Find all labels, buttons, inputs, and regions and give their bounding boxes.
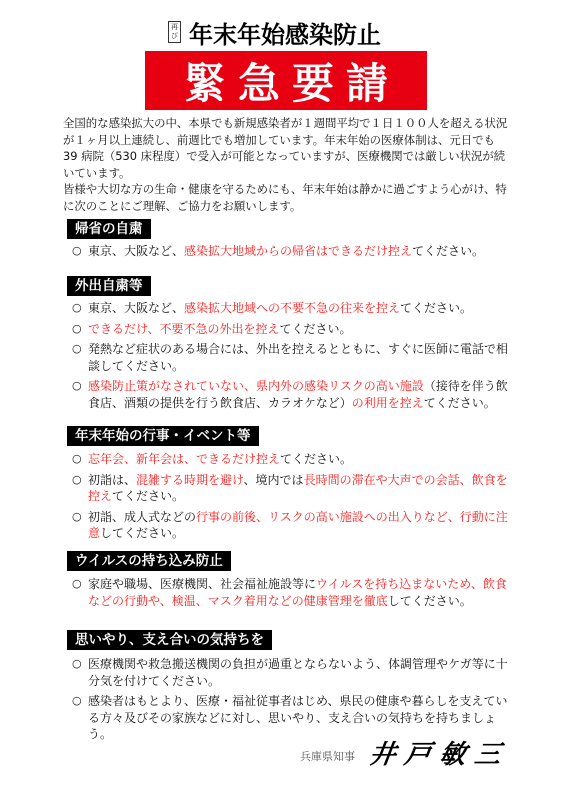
list-item-text: 感染防止策がなされていない、県内外の感染リスクの高い施設（接待を伴う飲食店、酒類…: [88, 378, 517, 411]
circle-bullet-icon: ○: [72, 509, 88, 542]
emphasis-text: 感染拡大地域への不要不急の往来を控え: [184, 301, 400, 315]
list-item-text: 発熱など症状のある場合には、外出を控えるとともに、すぐに医師に電話で相談してくだ…: [88, 341, 517, 374]
list-item: ○発熱など症状のある場合には、外出を控えるとともに、すぐに医師に電話で相談してく…: [72, 341, 517, 374]
body-text: してください。: [388, 594, 472, 608]
circle-bullet-icon: ○: [72, 693, 88, 743]
body-text: 初詣、成人式などの: [88, 510, 196, 524]
list-item: ○できるだけ、不要不急の外出を控えてください。: [72, 321, 517, 338]
intro-paragraph-1: 全国的な感染拡大の中、本県でも新規感染者が１週間平均で１日１００人を超える状況が…: [63, 115, 513, 181]
list-item-text: できるだけ、不要不急の外出を控えてください。: [88, 321, 517, 338]
page-title: 年末年始感染防止: [189, 15, 381, 50]
body-text: てください。: [280, 322, 352, 336]
circle-bullet-icon: ○: [72, 243, 88, 260]
emphasis-text: 感染防止策がなされていない、県内外の感染リスクの高い施設: [88, 379, 424, 393]
section-heading-homecoming: 帰省の自粛: [67, 219, 151, 239]
emphasis-text: 混雑する時期を避け: [136, 473, 244, 487]
again-badge: 再 び: [168, 21, 181, 43]
body-text: 発熱など症状のある場合には、外出を控えるとともに、すぐに医師に電話で相談してくだ…: [88, 342, 508, 373]
again-badge-char-1: 再: [169, 23, 180, 32]
section-items-virus-prevention: ○家庭や職場、医療機関、社会福祉施設等にウイルスを持ち込まないため、飲食などの行…: [72, 576, 517, 613]
section-items-going-out: ○東京、大阪など、感染拡大地域への不要不急の往来を控えてください。○できるだけ、…: [72, 300, 517, 415]
circle-bullet-icon: ○: [72, 321, 88, 338]
emphasis-text: 忘年会、新年会は、できるだけ控え: [88, 452, 280, 466]
body-text: てください。: [400, 301, 472, 315]
list-item: ○初詣、成人式などの行事の前後、リスクの高い施設への出入りなど、行動に注意してく…: [72, 509, 517, 542]
circle-bullet-icon: ○: [72, 378, 88, 411]
list-item-text: 家庭や職場、医療機関、社会福祉施設等にウイルスを持ち込まないため、飲食などの行動…: [88, 576, 517, 609]
body-text: 初詣は、: [88, 473, 136, 487]
intro-text: 全国的な感染拡大の中、本県でも新規感染者が１週間平均で１日１００人を超える状況が…: [63, 115, 513, 214]
body-text: てください。: [424, 396, 496, 410]
list-item: ○初詣は、混雑する時期を避け、境内では長時間の滞在や大声での会話、飲食を控えてく…: [72, 472, 517, 505]
circle-bullet-icon: ○: [72, 472, 88, 505]
list-item: ○家庭や職場、医療機関、社会福祉施設等にウイルスを持ち込まないため、飲食などの行…: [72, 576, 517, 609]
circle-bullet-icon: ○: [72, 656, 88, 689]
emphasis-text: 感染拡大地域からの帰省はできるだけ控え: [184, 244, 412, 258]
body-text: してください。: [100, 526, 184, 540]
circle-bullet-icon: ○: [72, 451, 88, 468]
circle-bullet-icon: ○: [72, 300, 88, 317]
section-items-compassion: ○医療機関や救急搬送機関の負担が過重とならないよう、体調管理やケガ等に十分気を付…: [72, 656, 517, 747]
list-item-text: 医療機関や救急搬送機関の負担が過重とならないよう、体調管理やケガ等に十分気を付け…: [88, 656, 517, 689]
body-text: 東京、大阪など、: [88, 244, 184, 258]
list-item-text: 忘年会、新年会は、できるだけ控えてください。: [88, 451, 517, 468]
section-items-homecoming: ○東京、大阪など、感染拡大地域からの帰省はできるだけ控えてください。: [72, 243, 517, 264]
list-item-text: 初詣は、混雑する時期を避け、境内では長時間の滞在や大声での会話、飲食を控えてくだ…: [88, 472, 517, 505]
list-item: ○感染防止策がなされていない、県内外の感染リスクの高い施設（接待を伴う飲食店、酒…: [72, 378, 517, 411]
body-text: てください。: [112, 489, 184, 503]
body-text: 、境内では: [244, 473, 304, 487]
body-text: てください。: [280, 452, 352, 466]
body-text: 東京、大阪など、: [88, 301, 184, 315]
list-item: ○医療機関や救急搬送機関の負担が過重とならないよう、体調管理やケガ等に十分気を付…: [72, 656, 517, 689]
urgent-request-banner: 緊急要請: [145, 51, 427, 110]
list-item-text: 東京、大阪など、感染拡大地域からの帰省はできるだけ控えてください。: [88, 243, 517, 260]
emphasis-text: の利用を控え: [352, 396, 424, 410]
list-item: ○東京、大阪など、感染拡大地域からの帰省はできるだけ控えてください。: [72, 243, 517, 260]
list-item: ○忘年会、新年会は、できるだけ控えてください。: [72, 451, 517, 468]
signature-name: 井戸敏三: [367, 734, 512, 771]
intro-paragraph-2: 皆様や大切な方の生命・健康を守るためにも、年末年始は静かに過ごすよう心がけ、特に…: [63, 181, 513, 214]
signature-title: 兵庫県知事: [300, 748, 355, 764]
circle-bullet-icon: ○: [72, 341, 88, 374]
section-items-events: ○忘年会、新年会は、できるだけ控えてください。○初詣は、混雑する時期を避け、境内…: [72, 451, 517, 546]
body-text: てください。: [412, 244, 484, 258]
section-heading-compassion: 思いやり、支え合いの気持ちを: [67, 630, 272, 650]
body-text: 家庭や職場、医療機関、社会福祉施設等に: [88, 577, 316, 591]
emphasis-text: できるだけ、不要不急の外出を控え: [88, 322, 280, 336]
urgent-request-text: 緊急要請: [184, 51, 400, 111]
again-badge-char-2: び: [169, 32, 180, 41]
list-item-text: 初詣、成人式などの行事の前後、リスクの高い施設への出入りなど、行動に注意してくだ…: [88, 509, 517, 542]
list-item: ○東京、大阪など、感染拡大地域への不要不急の往来を控えてください。: [72, 300, 517, 317]
section-heading-going-out: 外出自粛等: [67, 276, 151, 296]
title-row: 再 び 年末年始感染防止: [168, 17, 381, 47]
body-text: 医療機関や救急搬送機関の負担が過重とならないよう、体調管理やケガ等に十分気を付け…: [88, 657, 508, 688]
section-heading-events: 年末年始の行事・イベント等: [67, 426, 259, 446]
section-heading-virus-prevention: ウイルスの持ち込み防止: [67, 551, 231, 571]
circle-bullet-icon: ○: [72, 576, 88, 609]
list-item-text: 東京、大阪など、感染拡大地域への不要不急の往来を控えてください。: [88, 300, 517, 317]
